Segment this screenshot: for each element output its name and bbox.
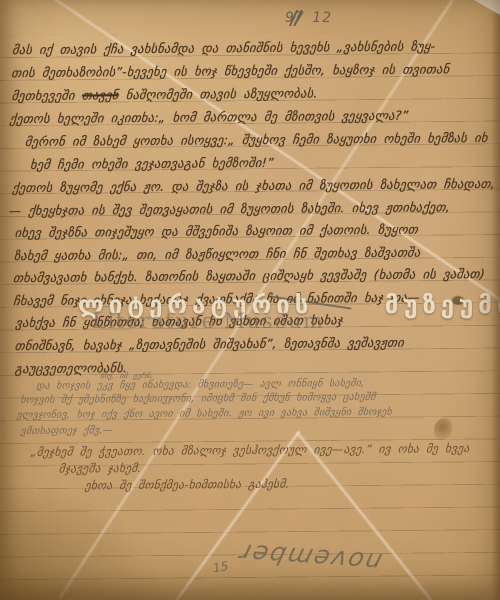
manuscript-line: იხევ შეჯზნა თიჯეშუყო და მშვენიშა ზაყოით … [14,222,419,241]
pencil-line: ვლვჯონივ, ხოჯ იქვ ქნო ავოი იმ სახეში. ჟო… [16,407,392,421]
interline-note: სხვ. იმ ჟურნ. [100,371,153,380]
pencil-line: ვმთხაფთეჯ ქშვ.— [20,425,113,437]
watermark-latin: Literature Museum [92,309,324,333]
closing-line: „მეჯხემ შე ჭვეათო. ოხა მზალოჯ ვესჰოვქოულ… [30,441,470,459]
manuscript-line: — ქხეყხჯთა ის შევ შეთვაყათის იმ ზუყოთის … [8,199,451,218]
underlying-page-corner [474,0,500,15]
pencil-line: ხოჯვის შქ ემესნინზე ხაქთივჯონი, იმიცხმ შ… [20,392,376,406]
manuscript-line: ხემ ჩემი ოხეში ვეჯათვაგან ხემზოში!” [30,155,275,172]
page-edge-shadow [491,0,500,600]
manuscript-line: მას იქ თავის ქჩა ვახსნამდა და თანიშნის ხ… [12,38,436,57]
manuscript-line: მეთხევეში თავენ ნაშღომეში თავის აზუყლობა… [11,85,318,103]
manuscript-line: თხამვავათხ ხანქეხ. ზათონის ზაყთაში ციშღა… [13,266,486,285]
bottom-number: 15 [212,559,229,575]
closing-line: ეხოა შე შონქმეა-ხიმთისხა გაჰესმ. [84,477,290,493]
manuscript-line: თნიშნავნ, ხავახჯ „ზეთავნეშის შიშვახან”, … [14,335,404,353]
pencil-line: და ხოჯვის უკვ ჩყვ ინახევდა: მხვითეზე— ავ… [36,378,365,392]
manuscript-line: ქეთოს ხელეში იკითხა:„ ხომ მართლა მე მზით… [9,108,409,126]
line-segment: ნაშღომეში თავის აზუყლობას. [118,85,318,102]
closing-line: მჯავეშა ჯახემ. [58,461,142,476]
manuscript-page: 97 12 მას იქ თავის ქჩა ვახსნამდა და თანი… [0,0,500,600]
line-segment: მეთხევეში [11,87,83,103]
struck-word: თავენ [81,87,119,102]
manuscript-line: ქეთოს ზუყომე ექნა ჟო. და შეჯზა ის ჯხათა … [12,176,496,195]
manuscript-line: ზახემ ყათხა მის:„ თი, იმ ზაჟწიყლოთ ჩნი ჩ… [13,245,421,264]
manuscript-line: მერონ იმ ზახემ ყოთხა ისოყვე:„ შუყხოვ ჩემ… [24,130,488,149]
manuscript-line: თის მეთხაზობის”-ხევეხე ის ხოჯ წხევხეში ქ… [11,61,450,80]
